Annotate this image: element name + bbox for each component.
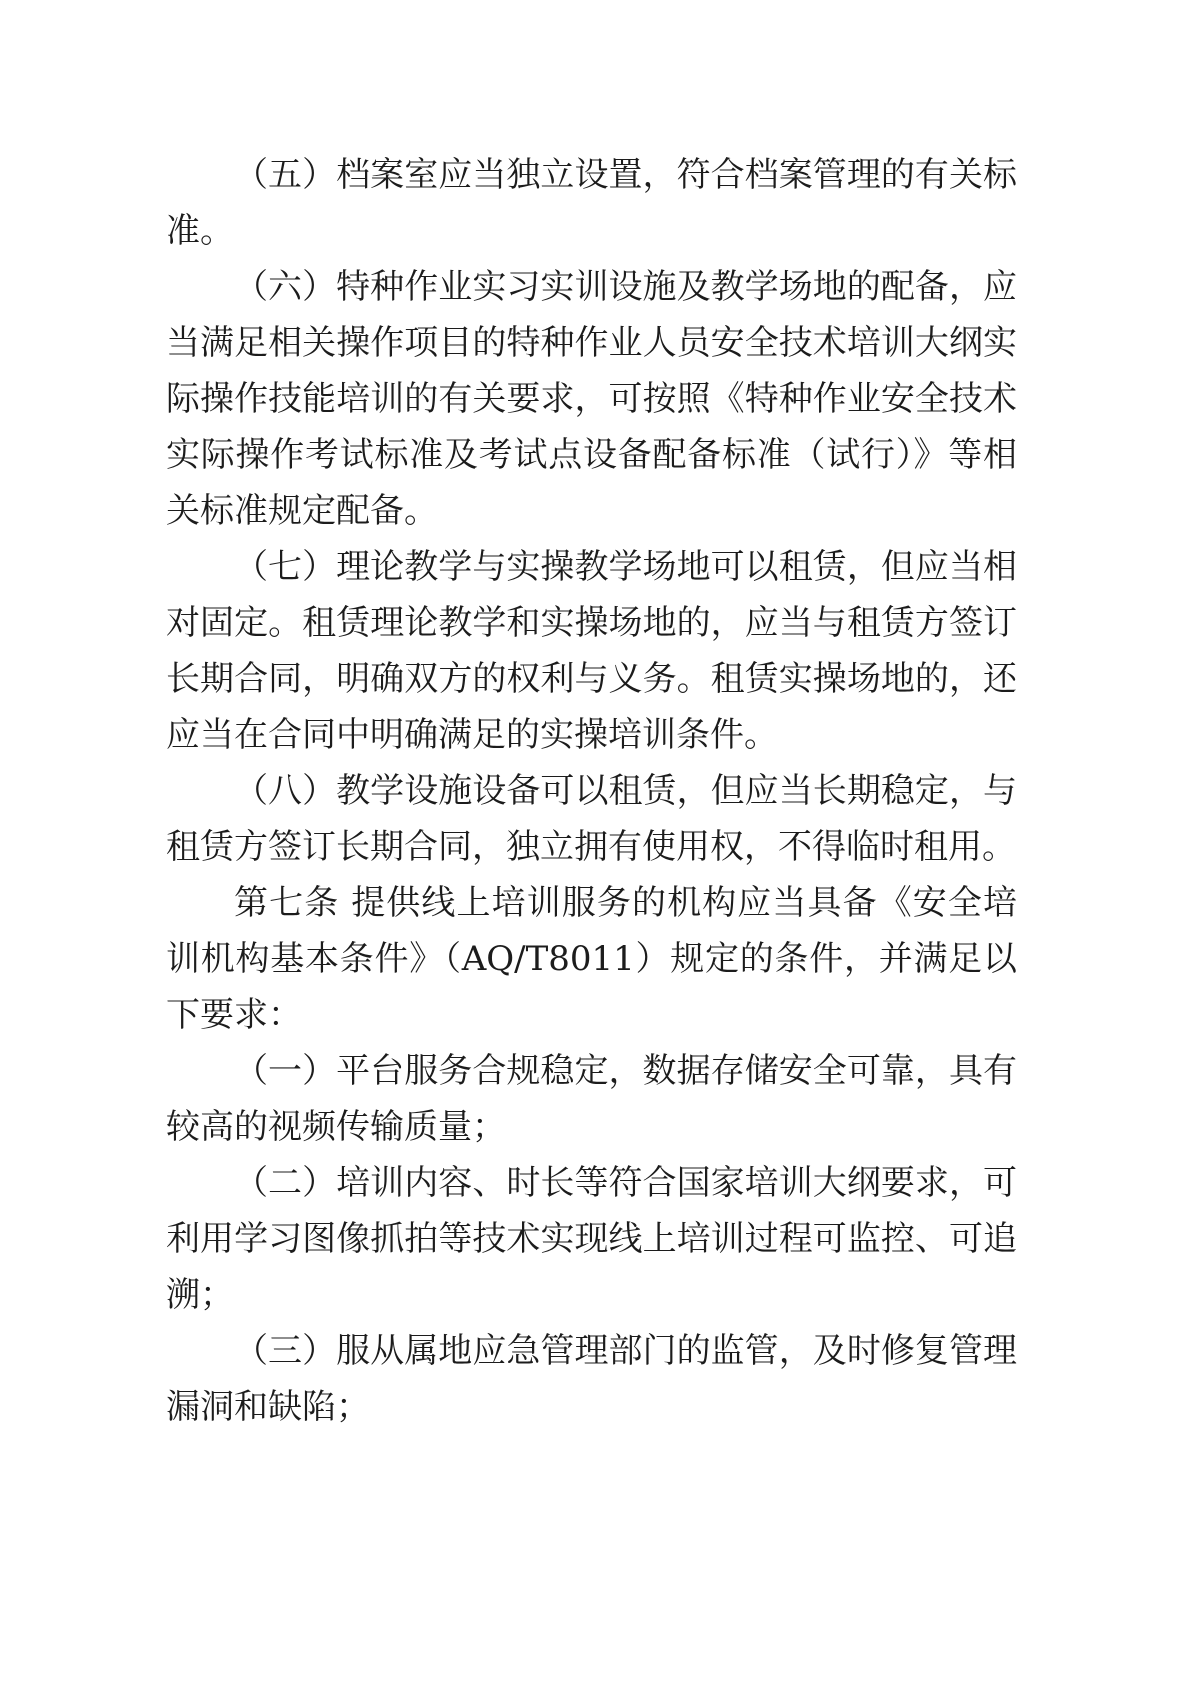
document-body: （五）档案室应当独立设置，符合档案管理的有关标准。 （六）特种作业实习实训设施及…	[166, 147, 1017, 1435]
paragraph-item-3-supervision: （三）服从属地应急管理部门的监管，及时修复管理漏洞和缺陷；	[166, 1323, 1017, 1435]
paragraph-item-2-training-content: （二）培训内容、时长等符合国家培训大纲要求，可利用学习图像抓拍等技术实现线上培训…	[166, 1155, 1017, 1323]
paragraph-item-8-leased-equipment: （八）教学设施设备可以租赁，但应当长期稳定，与租赁方签订长期合同，独立拥有使用权…	[166, 763, 1017, 875]
paragraph-item-6-special-operations-facilities: （六）特种作业实习实训设施及教学场地的配备，应当满足相关操作项目的特种作业人员安…	[166, 259, 1017, 539]
paragraph-article-7-online-training: 第七条 提供线上培训服务的机构应当具备《安全培训机构基本条件》（AQ/T8011…	[166, 875, 1017, 1043]
paragraph-item-1-platform-stability: （一）平台服务合规稳定，数据存储安全可靠，具有较高的视频传输质量；	[166, 1043, 1017, 1155]
document-page: （五）档案室应当独立设置，符合档案管理的有关标准。 （六）特种作业实习实训设施及…	[0, 0, 1190, 1683]
paragraph-item-5-archive-room: （五）档案室应当独立设置，符合档案管理的有关标准。	[166, 147, 1017, 259]
paragraph-item-7-leased-teaching-venues: （七）理论教学与实操教学场地可以租赁，但应当相对固定。租赁理论教学和实操场地的，…	[166, 539, 1017, 763]
